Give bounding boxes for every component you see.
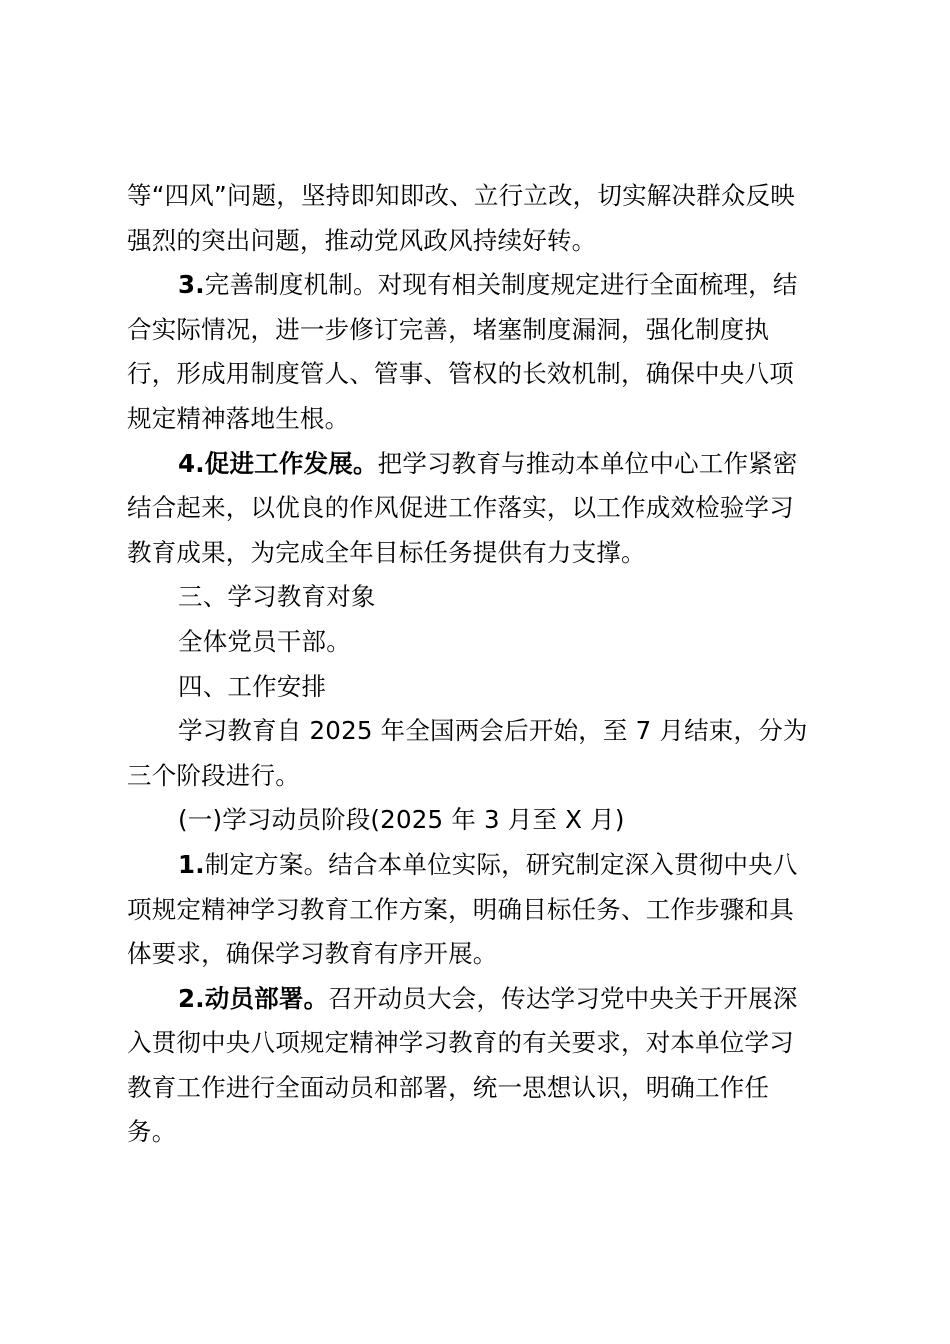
item-text: 把学习教育与推动本单位中心工作紧密 xyxy=(378,449,798,478)
section-heading-3: 三、学习教育对象 xyxy=(127,575,819,620)
text-line: 务。 xyxy=(127,1110,819,1155)
item-text: 结合本单位实际，研究制定深入贯彻中央八 xyxy=(328,850,797,879)
item-number: 3. xyxy=(178,270,205,299)
text-line: 行，形成用制度管人、管事、管权的长效机制，确保中央八项 xyxy=(127,352,819,397)
text-line: 合实际情况，进一步修订完善，堵塞制度漏洞，强化制度执 xyxy=(127,308,819,353)
paragraph-stage-item-2: 2.动员部署。召开动员大会，传达学习党中央关于开展深 入贯彻中央八项规定精神学习… xyxy=(127,977,819,1155)
text-line: 教育工作进行全面动员和部署，统一思想认识，明确工作任 xyxy=(127,1066,819,1111)
stage-heading-1: (一)学习动员阶段(2025 年 3 月至 X 月) xyxy=(127,798,819,843)
text-line: 体要求，确保学习教育有序开展。 xyxy=(127,932,819,977)
item-number: 2. xyxy=(178,984,205,1013)
text-line: 等“四风”问题，坚持即知即改、立行立改，切实解决群众反映 xyxy=(127,174,819,219)
document-page: 等“四风”问题，坚持即知即改、立行立改，切实解决群众反映 强烈的突出问题，推动党… xyxy=(127,174,819,1155)
text-line: 1.制定方案。结合本单位实际，研究制定深入贯彻中央八 xyxy=(127,843,819,888)
item-heading: 动员部署。 xyxy=(205,984,329,1013)
paragraph-continuation: 等“四风”问题，坚持即知即改、立行立改，切实解决群众反映 强烈的突出问题，推动党… xyxy=(127,174,819,263)
item-number: 1. xyxy=(178,850,205,879)
text-line: 3.完善制度机制。对现有相关制度规定进行全面梳理，结 xyxy=(127,263,819,308)
text-line: 三个阶段进行。 xyxy=(127,754,819,799)
item-text: 对现有相关制度规定进行全面梳理，结 xyxy=(378,270,798,299)
paragraph-item-4: 4.促进工作发展。把学习教育与推动本单位中心工作紧密 结合起来，以优良的作风促进… xyxy=(127,442,819,576)
text-line: 强烈的突出问题，推动党风政风持续好转。 xyxy=(127,219,819,264)
text-line: 教育成果，为完成全年目标任务提供有力支撑。 xyxy=(127,531,819,576)
text-line: 4.促进工作发展。把学习教育与推动本单位中心工作紧密 xyxy=(127,442,819,487)
text-line: 结合起来，以优良的作风促进工作落实，以工作成效检验学习 xyxy=(127,486,819,531)
text-line: 学习教育自 2025 年全国两会后开始，至 7 月结束，分为 xyxy=(127,709,819,754)
paragraph-item-3: 3.完善制度机制。对现有相关制度规定进行全面梳理，结 合实际情况，进一步修订完善… xyxy=(127,263,819,441)
text-line: 规定精神落地生根。 xyxy=(127,397,819,442)
item-heading: 制定方案。 xyxy=(205,850,329,879)
item-heading: 完善制度机制。 xyxy=(205,270,378,299)
text-line: 项规定精神学习教育工作方案，明确目标任务、工作步骤和具 xyxy=(127,888,819,933)
paragraph-stage-item-1: 1.制定方案。结合本单位实际，研究制定深入贯彻中央八 项规定精神学习教育工作方案… xyxy=(127,843,819,977)
text-line: 2.动员部署。召开动员大会，传达学习党中央关于开展深 xyxy=(127,977,819,1022)
item-text: 召开动员大会，传达学习党中央关于开展深 xyxy=(328,984,797,1013)
item-number: 4. xyxy=(178,449,205,478)
section-4-body: 学习教育自 2025 年全国两会后开始，至 7 月结束，分为 三个阶段进行。 xyxy=(127,709,819,798)
item-heading: 促进工作发展。 xyxy=(205,449,378,478)
section-heading-4: 四、工作安排 xyxy=(127,665,819,710)
text-line: 入贯彻中央八项规定精神学习教育的有关要求，对本单位学习 xyxy=(127,1021,819,1066)
section-3-body: 全体党员干部。 xyxy=(127,620,819,665)
